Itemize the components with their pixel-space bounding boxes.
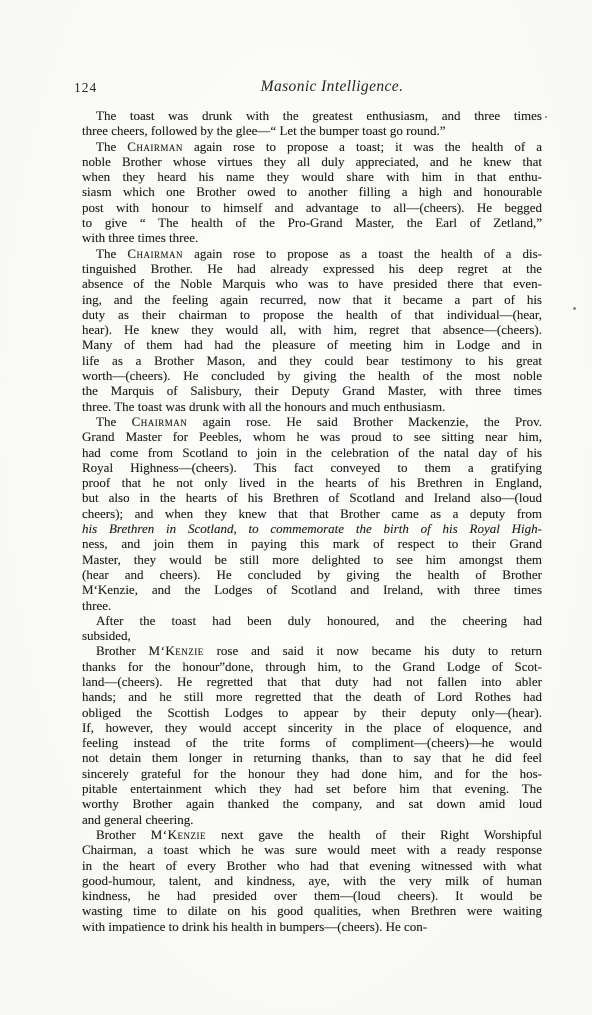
- text-line: M‘Kenzie, and the Lodges of Scotland and…: [82, 582, 542, 597]
- page-body: The toast was drunk with the greatest en…: [82, 108, 542, 934]
- body-text: After the toast had been duly honoured, …: [96, 613, 542, 628]
- body-text: The: [96, 139, 127, 154]
- body-text: had come from Scotland to join in the ce…: [82, 445, 542, 460]
- text-line: post with honour to himself and advantag…: [82, 200, 542, 215]
- text-line: Chairman, a toast which he was sure woul…: [82, 842, 542, 857]
- text-line: to give “ The health of the Pro-Grand Ma…: [82, 215, 542, 230]
- body-text: post with honour to himself and advantag…: [82, 200, 542, 215]
- text-line: siasm which one Brother owed to another …: [82, 184, 542, 199]
- text-line: not detain them longer in returning than…: [82, 750, 542, 765]
- text-line: three. The toast was drunk with all the …: [82, 399, 542, 414]
- body-text: siasm which one Brother owed to another …: [82, 184, 542, 199]
- paragraph: The toast was drunk with the greatest en…: [82, 108, 542, 139]
- text-line: noble Brother whose virtues they all dul…: [82, 154, 542, 169]
- body-text: proof that he not only lived in the hear…: [82, 475, 542, 490]
- small-caps-text: Chairman: [127, 246, 183, 261]
- body-text: duty as their chairman to propose the he…: [82, 307, 542, 322]
- small-caps-text: M‘Kenzie: [149, 643, 204, 658]
- text-line: wasting time to dilate on his good quali…: [82, 903, 542, 918]
- body-text: and general cheering.: [82, 812, 194, 827]
- body-text: again rose to propose a toast; it was th…: [183, 139, 542, 154]
- body-text: not detain them longer in returning than…: [82, 750, 542, 765]
- body-text: The: [96, 414, 132, 429]
- small-caps-text: Chairman: [132, 414, 188, 429]
- body-text: pitable entertainment which they had set…: [82, 781, 542, 796]
- text-line: three cheers, followed by the glee—“ Let…: [82, 123, 542, 138]
- text-line: After the toast had been duly honoured, …: [82, 613, 542, 628]
- text-line: The Chairman again rose to propose a toa…: [82, 139, 542, 154]
- text-line: pitable entertainment which they had set…: [82, 781, 542, 796]
- paragraph: After the toast had been duly honoured, …: [82, 613, 542, 644]
- body-text: worth—(cheers). He concluded by giving t…: [82, 368, 542, 383]
- paragraph: Brother M‘Kenzie rose and said it now be…: [82, 643, 542, 827]
- body-text: If, however, they would accept sincerity…: [82, 720, 542, 735]
- body-text: kindness, he had presided over them—(lou…: [82, 888, 542, 903]
- text-line: feeling instead of the trite forms of co…: [82, 735, 542, 750]
- text-line: (hear and cheers). He concluded by givin…: [82, 567, 542, 582]
- text-line: worthy Brother again thanked the company…: [82, 796, 542, 811]
- body-text: three. The toast was drunk with all the …: [82, 399, 445, 414]
- body-text: noble Brother whose virtues they all dul…: [82, 154, 542, 169]
- body-text: rose and said it now became his duty to …: [204, 643, 542, 658]
- text-line: The Chairman again rose. He said Brother…: [82, 414, 542, 429]
- text-line: obliged the Scottish Lodges to appear by…: [82, 705, 542, 720]
- body-text: Many of them had had the pleasure of mee…: [82, 337, 542, 352]
- text-line: absence of the Noble Marquis who was to …: [82, 276, 542, 291]
- scan-speck: [573, 307, 576, 310]
- page-title: Masonic Intelligence.: [102, 78, 562, 96]
- body-text: worthy Brother again thanked the company…: [82, 796, 542, 811]
- body-text: hands; and he still more regretted that …: [82, 689, 542, 704]
- body-text: again rose to propose as a toast the hea…: [183, 246, 542, 261]
- text-line: The Chairman again rose to propose as a …: [82, 246, 542, 261]
- body-text: to give “ The health of the Pro-Grand Ma…: [82, 215, 542, 230]
- text-line: subsided,: [82, 628, 542, 643]
- body-text: absence of the Noble Marquis who was to …: [82, 276, 542, 291]
- text-line: three.: [82, 598, 542, 613]
- body-text: Chairman, a toast which he was sure woul…: [82, 842, 542, 857]
- text-line: and general cheering.: [82, 812, 542, 827]
- text-line: proof that he not only lived in the hear…: [82, 475, 542, 490]
- text-line: kindness, he had presided over them—(lou…: [82, 888, 542, 903]
- body-text: but also in the hearts of his Brethren o…: [82, 490, 542, 505]
- text-line: but also in the hearts of his Brethren o…: [82, 490, 542, 505]
- text-line: in the heart of every Brother who had th…: [82, 858, 542, 873]
- text-line: duty as their chairman to propose the he…: [82, 307, 542, 322]
- text-line: Grand Master for Peebles, whom he was pr…: [82, 429, 542, 444]
- paragraph: The Chairman again rose. He said Brother…: [82, 414, 542, 613]
- paragraph: The Chairman again rose to propose as a …: [82, 246, 542, 414]
- text-line: when they heard his name they would shar…: [82, 169, 542, 184]
- body-text: ing, and the feeling again recurred, now…: [82, 292, 542, 307]
- body-text: with three times three.: [82, 230, 198, 245]
- small-caps-text: M‘Kenzie: [151, 827, 206, 842]
- body-text: obliged the Scottish Lodges to appear by…: [82, 705, 542, 720]
- body-text: again rose. He said Brother Mackenzie, t…: [187, 414, 542, 429]
- body-text: subsided,: [82, 628, 131, 643]
- body-text: feeling instead of the trite forms of co…: [82, 735, 542, 750]
- scanned-page: 124 Masonic Intelligence. The toast was …: [0, 0, 592, 1015]
- text-line: sincerely grateful for the honour they h…: [82, 766, 542, 781]
- body-text: tinguished Brother. He had already expre…: [82, 261, 542, 276]
- text-line: Royal Highness—(cheers). This fact conve…: [82, 460, 542, 475]
- body-text: cheers); and when they knew that that Br…: [82, 506, 542, 521]
- text-line: cheers); and when they knew that that Br…: [82, 506, 542, 521]
- page-number: 124: [74, 80, 97, 96]
- text-line: worth—(cheers). He concluded by giving t…: [82, 368, 542, 383]
- body-text: sincerely grateful for the honour they h…: [82, 766, 542, 781]
- text-line: tinguished Brother. He had already expre…: [82, 261, 542, 276]
- small-caps-text: Chairman: [127, 139, 183, 154]
- body-text: the Marquis of Salisbury, their Deputy G…: [82, 383, 542, 398]
- text-line: with impatience to drink his health in b…: [82, 919, 542, 934]
- text-line: his Brethren in Scotland, to commemorate…: [82, 521, 542, 536]
- body-text: Brother: [96, 827, 151, 842]
- text-line: Brother M‘Kenzie next gave the health of…: [82, 827, 542, 842]
- page-header: 124 Masonic Intelligence.: [82, 78, 542, 100]
- body-text: three cheers, followed by the glee—“ Let…: [82, 123, 446, 138]
- text-line: good-humour, talent, and kindness, aye, …: [82, 873, 542, 888]
- body-text: land—(cheers). He regretted that that du…: [82, 674, 542, 689]
- body-text: good-humour, talent, and kindness, aye, …: [82, 873, 542, 888]
- body-text: Grand Master for Peebles, whom he was pr…: [82, 429, 542, 444]
- body-text: Master, they would be still more delight…: [82, 552, 542, 567]
- text-line: Master, they would be still more delight…: [82, 552, 542, 567]
- body-text: M‘Kenzie, and the Lodges of Scotland and…: [82, 582, 542, 597]
- body-text: ness, and join them in paying this mark …: [82, 536, 542, 551]
- body-text: in the heart of every Brother who had th…: [82, 858, 542, 873]
- text-line: hands; and he still more regretted that …: [82, 689, 542, 704]
- text-line: thanks for the honour”done, through him,…: [82, 659, 542, 674]
- text-line: If, however, they would accept sincerity…: [82, 720, 542, 735]
- text-line: land—(cheers). He regretted that that du…: [82, 674, 542, 689]
- text-line: ness, and join them in paying this mark …: [82, 536, 542, 551]
- text-line: Many of them had had the pleasure of mee…: [82, 337, 542, 352]
- text-line: had come from Scotland to join in the ce…: [82, 445, 542, 460]
- text-line: hear). He knew they would all, with him,…: [82, 322, 542, 337]
- text-line: ing, and the feeling again recurred, now…: [82, 292, 542, 307]
- body-text: thanks for the honour”done, through him,…: [82, 659, 542, 674]
- body-text: Royal Highness—(cheers). This fact conve…: [82, 460, 542, 475]
- body-text: The: [96, 246, 127, 261]
- body-text: with impatience to drink his health in b…: [82, 919, 427, 934]
- body-text: three.: [82, 598, 111, 613]
- body-text: (hear and cheers). He concluded by givin…: [82, 567, 542, 582]
- body-text: hear). He knew they would all, with him,…: [82, 322, 542, 337]
- text-line: The toast was drunk with the greatest en…: [82, 108, 542, 123]
- paragraph: The Chairman again rose to propose a toa…: [82, 139, 542, 246]
- text-line: the Marquis of Salisbury, their Deputy G…: [82, 383, 542, 398]
- text-line: life as a Brother Mason, and they could …: [82, 353, 542, 368]
- text-line: with three times three.: [82, 230, 542, 245]
- paragraph: Brother M‘Kenzie next gave the health of…: [82, 827, 542, 934]
- body-text: when they heard his name they would shar…: [82, 169, 542, 184]
- body-text: life as a Brother Mason, and they could …: [82, 353, 542, 368]
- body-text: Brother: [96, 643, 149, 658]
- body-text: The toast was drunk with the greatest en…: [96, 108, 542, 123]
- scan-speck: [545, 116, 547, 118]
- italic-text: his Brethren in Scotland, to commemorate…: [82, 521, 542, 536]
- body-text: next gave the health of their Right Wors…: [206, 827, 542, 842]
- text-line: Brother M‘Kenzie rose and said it now be…: [82, 643, 542, 658]
- body-text: wasting time to dilate on his good quali…: [82, 903, 542, 918]
